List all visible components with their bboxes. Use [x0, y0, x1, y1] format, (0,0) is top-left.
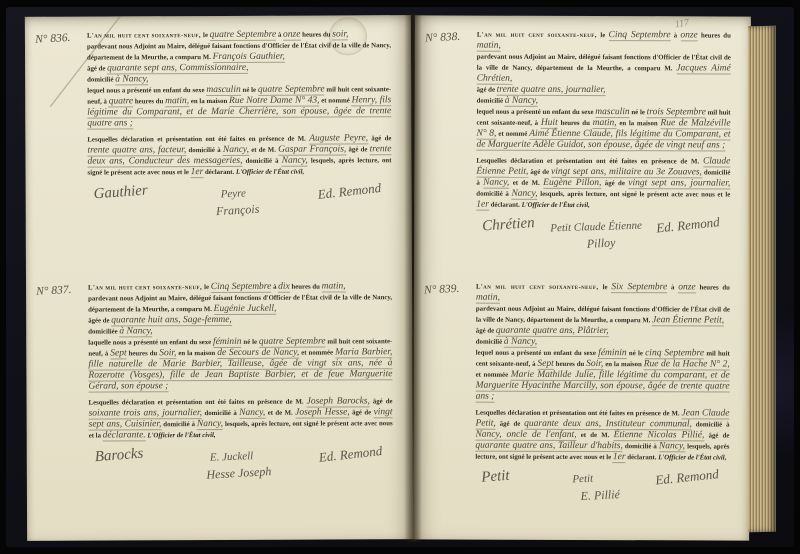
handwritten-text: onze [678, 282, 695, 293]
left-page-content: N° 836.L'an mil huit cent soixante-neuf,… [25, 15, 413, 535]
signature: E. Pillié [481, 482, 719, 509]
handwritten-text: vingt sept ans, militaire au 3e Zouaves, [551, 167, 702, 179]
handwritten-text: Nancy, [239, 408, 265, 419]
printed-text: domicilié à [202, 410, 239, 417]
handwritten-text: quarante deux ans, Instituteur communal, [524, 419, 692, 431]
handwritten-text: Étienne Nicolas Pillié, [614, 430, 705, 441]
printed-text: âgé de [350, 409, 374, 416]
printed-text: âgé de [368, 135, 391, 142]
printed-text: déclarant. [489, 202, 522, 209]
printed-text: L'Officier de l'État civil, [522, 202, 590, 209]
handwritten-text: quatre Septembre [210, 30, 277, 41]
printed-text: heures du [558, 120, 593, 127]
handwritten-text: Soir, [159, 348, 176, 359]
printed-text: L'an mil huit cent soixante-neuf, [476, 284, 603, 291]
act-entry: N° 837.L'an mil huit cent soixante-neuf,… [32, 281, 403, 535]
printed-text: heures du [127, 350, 160, 357]
printed-text: domicilié à [242, 158, 281, 165]
handwritten-text: féminin [213, 337, 242, 348]
signature: Chrétien [482, 215, 536, 235]
handwritten-text: vingt sept ans, journalier, [628, 178, 730, 189]
handwritten-text: Six Septembre [611, 282, 667, 293]
printed-text: à [671, 32, 681, 39]
printed-text: et nommé [319, 97, 351, 104]
act-text: L'an mil huit cent soixante-neuf, le Cin… [88, 281, 393, 441]
printed-text: âgé de [528, 169, 551, 176]
printed-text: domicilié [476, 339, 504, 346]
handwritten-text: quarante sept ans, Commissionnaire, [107, 63, 248, 75]
handwritten-text: trente quatre ans, journalier, [497, 85, 606, 96]
handwritten-text: quarante quatre ans, Plâtrier, [496, 326, 609, 337]
handwritten-text: quatre Septembre [258, 85, 325, 96]
handwritten-text: quarante quatre ans, Tailleur d'habits, [475, 441, 622, 453]
signature-row: BarocksE. JuckellEd. RemondHesse Joseph [89, 440, 393, 481]
printed-text: en la maison [189, 98, 229, 105]
printed-text: domicilié [477, 98, 505, 105]
printed-text: âgé de [87, 65, 107, 72]
handwritten-text: 1er [191, 167, 204, 178]
act-text: L'an mil huit cent soixante-neuf, le qua… [87, 29, 392, 178]
right-page-content: N° 838.L'an mil huit cent soixante-neuf,… [413, 15, 751, 534]
printed-text: lequel nous a présenté un enfant du sexe [477, 109, 596, 116]
printed-text: Lesquelles déclaration et présentation o… [89, 399, 307, 407]
handwritten-text: quarante huit ans, Sage-femme, [111, 315, 232, 327]
handwritten-text: matin, [476, 293, 500, 304]
handwritten-text: soixante trois ans, journalier, [89, 408, 203, 419]
act-number: N° 837. [32, 281, 96, 535]
printed-text: âgé de [496, 421, 524, 428]
printed-text: âgé de [476, 328, 496, 335]
handwritten-text: à Nancy, [504, 337, 537, 348]
handwritten-text: Huit [541, 118, 558, 129]
printed-text: le [203, 32, 210, 39]
printed-text: lesquels, après lecture, ont signé le pr… [538, 191, 731, 199]
handwritten-text: quatre Septembre [259, 337, 326, 348]
printed-text: né le [241, 87, 258, 94]
handwritten-text: Eugénie Juckell, [214, 304, 277, 315]
handwritten-text: Joseph Barocks, [307, 396, 370, 407]
handwritten-text: de Secours de Nancy, [217, 348, 299, 359]
handwritten-text: déclarante. [103, 430, 146, 441]
handwritten-text: matin, [477, 41, 501, 52]
signature: Pilloy [482, 230, 720, 257]
handwritten-text: Nancy, [197, 419, 223, 430]
printed-text: domicilié à [623, 443, 659, 450]
right-page: 117 N° 838.L'an mil huit cent soixante-n… [413, 15, 751, 540]
handwritten-text: Gaspar François, [278, 144, 346, 155]
handwritten-text: Cinq Septembre [608, 30, 670, 41]
printed-text: L'an mil huit cent soixante-neuf, [477, 32, 601, 39]
printed-text: âgé de [370, 398, 393, 405]
printed-text: le [600, 32, 608, 39]
printed-text: Lesquelles déclaration et présentation o… [476, 158, 703, 166]
handwritten-text: Nancy, [483, 178, 509, 189]
signature: Petit Claude Étienne [550, 216, 642, 235]
act-number: N° 838. [420, 29, 483, 282]
printed-text: et de M. [509, 180, 543, 187]
printed-text: âgé de [346, 146, 369, 153]
printed-text: heures du [696, 284, 730, 291]
handwritten-text: Nancy, [223, 145, 249, 156]
signature: Barocks [94, 446, 144, 467]
signature: Petit [481, 468, 510, 487]
handwritten-text: Auguste Peyre, [309, 133, 368, 144]
handwritten-text: dix [278, 282, 290, 293]
handwritten-text: Jean Étienne Petit, [652, 315, 724, 326]
handwritten-text: 1er [613, 452, 626, 463]
handwritten-text: masculin [595, 107, 629, 118]
printed-text: domicilié à [692, 421, 730, 428]
handwritten-text: Soir, [586, 359, 603, 370]
printed-text: L'Officier de l'État civil, [658, 454, 726, 461]
printed-text: Lesquelles déclaration et présentation o… [476, 410, 682, 418]
printed-text: heures du [698, 32, 731, 39]
handwritten-text: Joseph Hesse, [295, 407, 350, 418]
handwritten-text: Sept [110, 348, 126, 359]
printed-text: et de M. [577, 432, 614, 439]
printed-text: âgé de [477, 87, 497, 94]
handwritten-text: Rue de la Hache N° 2, [644, 359, 730, 370]
printed-text: Lesquelles déclaration et présentation o… [87, 136, 309, 144]
signature: Gauthier [93, 182, 148, 203]
handwritten-text: matin, [593, 118, 617, 129]
printed-text: âgée de [88, 317, 111, 324]
handwritten-text: cinq Septembre [645, 348, 704, 359]
printed-text: et de M. [265, 410, 295, 417]
handwritten-text: quatre [109, 96, 134, 107]
signature: Peyre [220, 183, 246, 200]
printed-text: L'an mil huit cent soixante-neuf, [87, 32, 203, 40]
printed-text: âgé de [704, 432, 729, 439]
printed-text: lequel nous a présenté un enfant du sexe [476, 350, 598, 357]
act-number: N° 836. [31, 29, 95, 283]
signature-row: GauthierPeyreEd. RemondFrançois [88, 177, 392, 218]
signature-row: PetitPetitEd. RemondE. Pillié [475, 463, 729, 504]
left-page: N° 836.L'an mil huit cent soixante-neuf,… [25, 15, 413, 541]
printed-text: né le [242, 339, 259, 346]
handwritten-text: Nancy, [282, 156, 308, 167]
handwritten-text: masculin [206, 85, 240, 96]
handwritten-text: Rue Notre Dame N° 43, [229, 96, 320, 107]
act-entry: N° 839.L'an mil huit cent soixante-neuf,… [419, 281, 740, 534]
handwritten-text: onze [283, 30, 300, 41]
printed-text: L'Officier de l'État civil, [147, 432, 215, 439]
handwritten-text: Cinq Septembre [211, 282, 272, 293]
printed-text: domicilié à [186, 147, 223, 154]
printed-text: né le [630, 109, 647, 116]
handwritten-text: Nancy, [659, 441, 685, 452]
act-entry: N° 836.L'an mil huit cent soixante-neuf,… [31, 29, 402, 283]
handwritten-text: François Gauthier, [213, 52, 285, 63]
printed-text: âgé de [601, 180, 628, 187]
printed-text: déclarant. [626, 454, 659, 461]
handwritten-text: à Nancy, [505, 96, 538, 107]
printed-text: lequel nous a présenté un enfant du sexe [87, 87, 206, 95]
handwritten-text: onze [680, 30, 697, 41]
handwritten-text: Marie Mathilde Julie, fille légitime du … [476, 370, 730, 403]
printed-text: le [204, 284, 211, 291]
handwritten-text: féminin [598, 348, 627, 359]
act-text: L'an mil huit cent soixante-neuf, le Six… [475, 282, 730, 464]
printed-text: heures du [133, 98, 165, 105]
handwritten-text: matin, [165, 96, 189, 107]
printed-text: L'Officier de l'État civil, [236, 169, 304, 176]
printed-text: domicilié à [476, 191, 511, 198]
printed-text: L'an mil huit cent soixante-neuf, [88, 284, 204, 292]
printed-text: et nommée [476, 372, 511, 379]
printed-text: heures du [554, 361, 586, 368]
printed-text: heures du [290, 284, 322, 291]
act-entry: N° 838.L'an mil huit cent soixante-neuf,… [420, 29, 741, 282]
handwritten-text: Nancy, [511, 189, 537, 200]
signature-row: ChrétienPetit Claude ÉtienneEd. RemondPi… [476, 211, 730, 252]
printed-text: né le [627, 350, 645, 357]
handwritten-text: trente quatre ans, facteur, [87, 145, 186, 156]
handwritten-text: soir, [332, 29, 348, 40]
signature: E. Juckell [209, 446, 253, 464]
handwritten-text: trois Septembre [647, 107, 706, 118]
handwritten-text: matin, [322, 281, 346, 292]
act-number: N° 839. [419, 281, 482, 534]
printed-text: domicilié [87, 76, 115, 83]
printed-text: et nommé [496, 131, 529, 138]
handwritten-text: Sept [537, 359, 553, 370]
page-edge-stack [748, 26, 776, 532]
printed-text: déclarant. [203, 169, 236, 176]
handwritten-text: Nancy, oncle de l'enfant, [475, 430, 576, 441]
act-text: L'an mil huit cent soixante-neuf, le Cin… [476, 30, 731, 212]
printed-text: et de M. [249, 147, 278, 154]
printed-text: domiciliée [88, 328, 119, 335]
handwritten-text: Eugène Pillon, [543, 178, 601, 189]
printed-text: domicilié à [161, 421, 197, 428]
handwritten-text: à Nancy, [119, 326, 152, 337]
printed-text: heures du [300, 32, 332, 39]
printed-text: en la maison [617, 120, 661, 127]
printed-text: en la maison [176, 350, 217, 357]
printed-text: et nommée [299, 349, 335, 356]
signature: Petit [572, 469, 593, 486]
printed-text: à [667, 284, 678, 291]
printed-text: en la maison [603, 361, 643, 368]
handwritten-text: à Nancy, [115, 74, 148, 85]
printed-text: laquelle nous a présenté un enfant du se… [88, 339, 213, 347]
register-scan: N° 836.L'an mil huit cent soixante-neuf,… [0, 0, 800, 554]
